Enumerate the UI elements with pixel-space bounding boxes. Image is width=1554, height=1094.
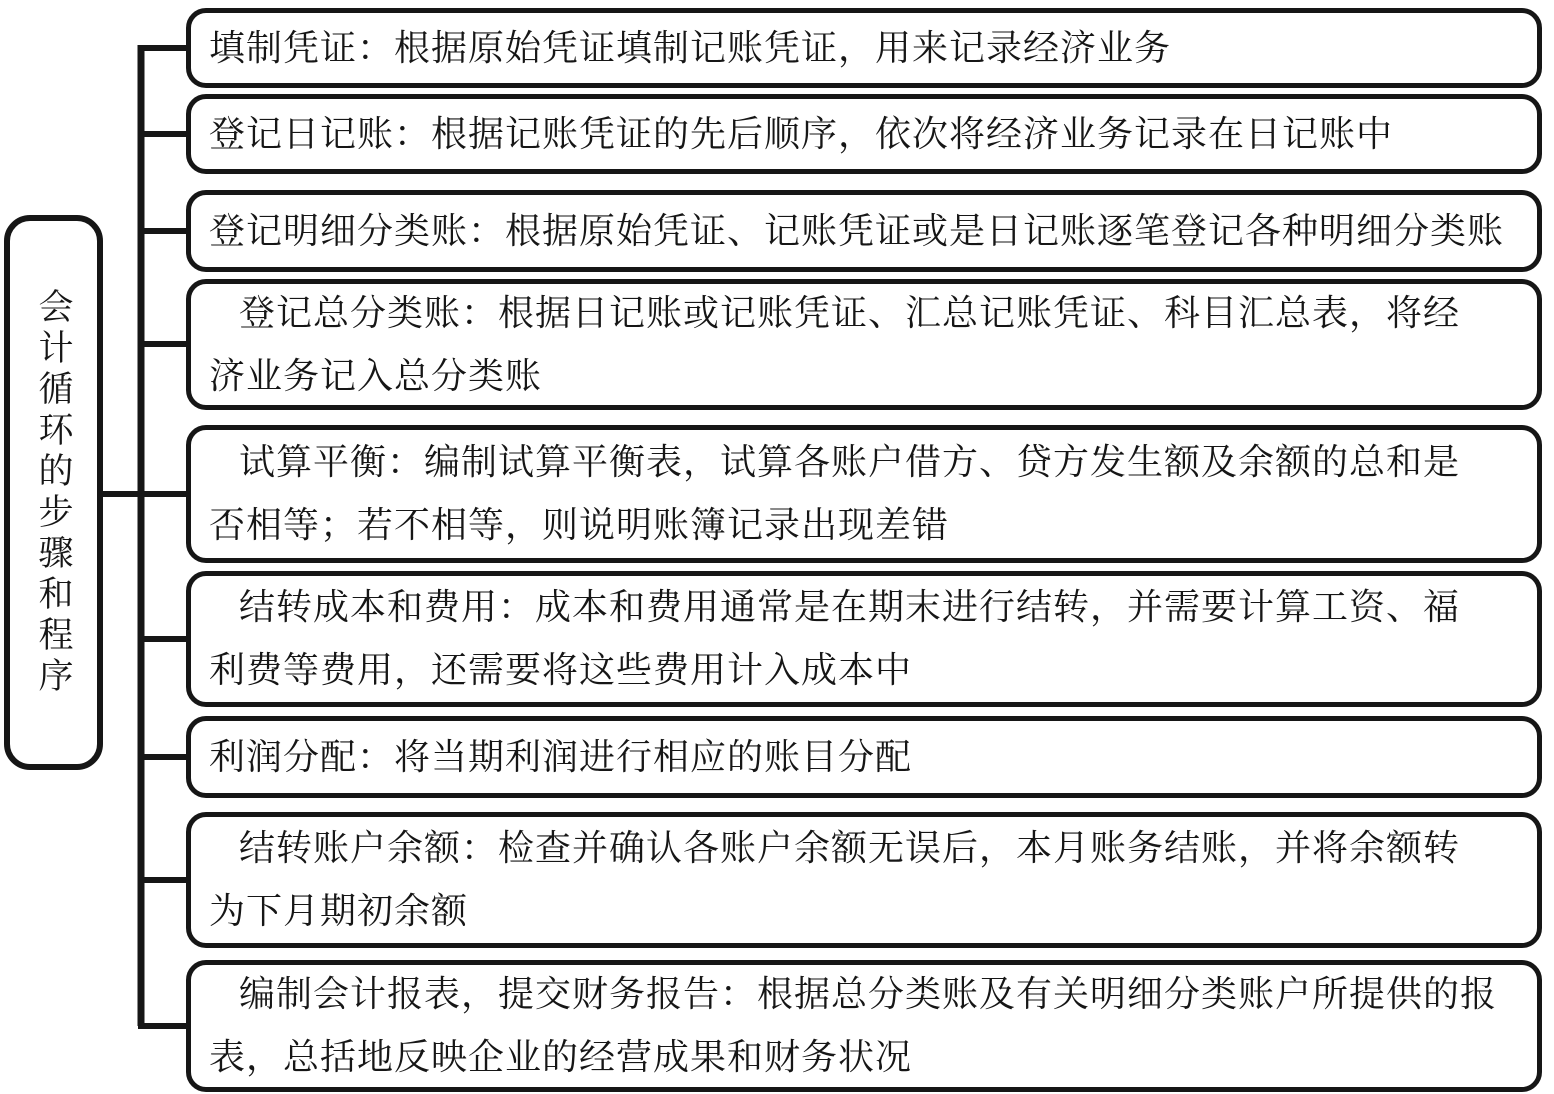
step-text-line1: 结转成本和费用：成本和费用通常是在期末进行结转，并需要计算工资、福 bbox=[209, 576, 1521, 639]
step-box-general-ledger: 登记总分类账：根据日记账或记账凭证、汇总记账凭证、科目汇总表，将经 济业务记入总… bbox=[186, 279, 1542, 410]
step-box-financial-statements: 编制会计报表，提交财务报告：根据总分类账及有关明细分类账户所提供的报 表，总括地… bbox=[186, 960, 1542, 1092]
step-box-trial-balance: 试算平衡：编制试算平衡表，试算各账户借方、贷方发生额及余额的总和是 否相等；若不… bbox=[186, 425, 1542, 563]
step-text-line1: 登记总分类账：根据日记账或记账凭证、汇总记账凭证、科目汇总表，将经 bbox=[209, 282, 1521, 345]
step-box-fill-vouchers: 填制凭证：根据原始凭证填制记账凭证，用来记录经济业务 bbox=[186, 8, 1542, 88]
accounting-cycle-diagram: 会计循环的步骤和程序 填制凭证：根据原始凭证填制记账凭证，用来记录经济业务 登记… bbox=[0, 0, 1554, 1094]
step-text-line2: 表，总括地反映企业的经营成果和财务状况 bbox=[209, 1026, 1521, 1089]
step-text-line1: 结转账户余额：检查并确认各账户余额无误后，本月账务结账，并将余额转 bbox=[209, 817, 1521, 880]
step-box-close-balances: 结转账户余额：检查并确认各账户余额无误后，本月账务结账，并将余额转 为下月期初余… bbox=[186, 812, 1542, 948]
step-box-carry-forward-costs: 结转成本和费用：成本和费用通常是在期末进行结转，并需要计算工资、福 利费等费用，… bbox=[186, 571, 1542, 707]
step-text: 登记日记账：根据记账凭证的先后顺序，依次将经济业务记录在日记账中 bbox=[209, 103, 1521, 166]
step-box-profit-distribution: 利润分配：将当期利润进行相应的账目分配 bbox=[186, 716, 1542, 798]
step-text-line1: 试算平衡：编制试算平衡表，试算各账户借方、贷方发生额及余额的总和是 bbox=[209, 431, 1521, 494]
root-label: 会计循环的步骤和程序 bbox=[36, 288, 71, 698]
step-text-line2: 利费等费用，还需要将这些费用计入成本中 bbox=[209, 639, 1521, 702]
step-box-journal: 登记日记账：根据记账凭证的先后顺序，依次将经济业务记录在日记账中 bbox=[186, 94, 1542, 174]
root-node: 会计循环的步骤和程序 bbox=[4, 215, 103, 770]
step-text-line1: 编制会计报表，提交财务报告：根据总分类账及有关明细分类账户所提供的报 bbox=[209, 963, 1521, 1026]
step-text-line2: 为下月期初余额 bbox=[209, 880, 1521, 943]
step-text: 填制凭证：根据原始凭证填制记账凭证，用来记录经济业务 bbox=[209, 17, 1521, 80]
step-text-line2: 否相等；若不相等，则说明账簿记录出现差错 bbox=[209, 494, 1521, 557]
step-box-subsidiary-ledger: 登记明细分类账：根据原始凭证、记账凭证或是日记账逐笔登记各种明细分类账 bbox=[186, 190, 1542, 272]
step-text: 利润分配：将当期利润进行相应的账目分配 bbox=[209, 726, 1521, 789]
step-text-line2: 济业务记入总分类账 bbox=[209, 345, 1521, 408]
step-text: 登记明细分类账：根据原始凭证、记账凭证或是日记账逐笔登记各种明细分类账 bbox=[209, 200, 1521, 263]
